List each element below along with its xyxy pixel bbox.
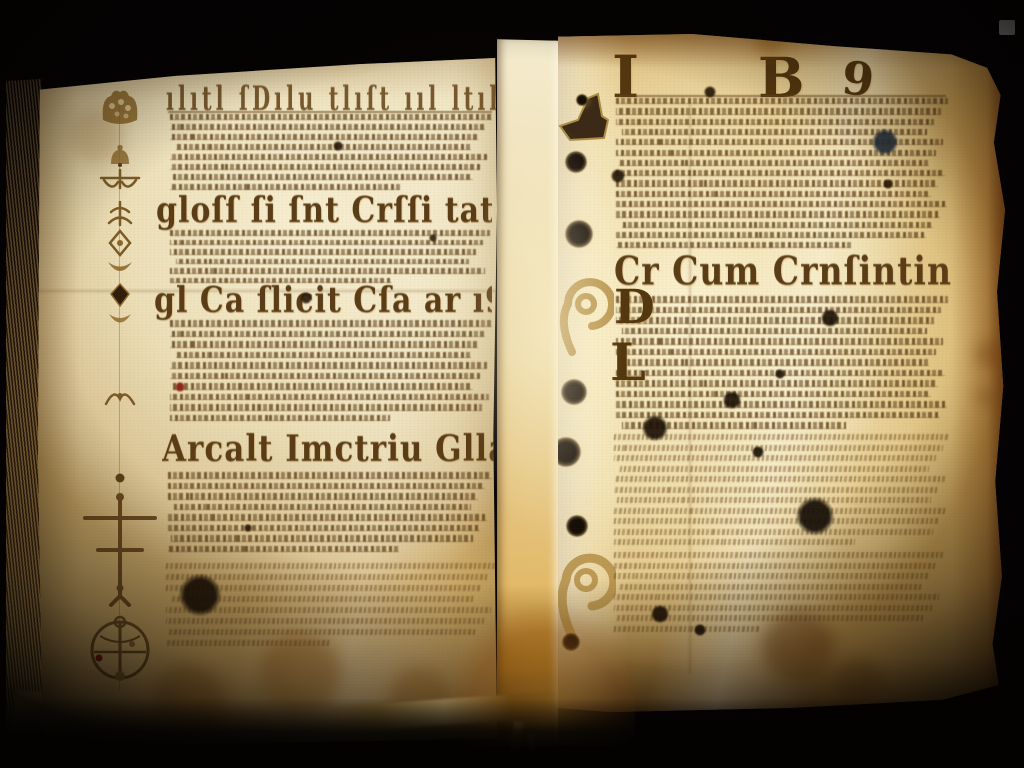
page-stack-fore-edge [6, 79, 42, 733]
manuscript-photo: ılıtl ſDılu tlıſt ııl ltıl gloſſ ſi ſnt … [0, 0, 1024, 768]
bottom-shadow [0, 698, 1024, 768]
left-page: ılıtl ſDılu tlıſt ııl ltıl gloſſ ſi ſnt … [38, 58, 497, 745]
corner-clip [999, 20, 1015, 35]
right-parchment-grain [558, 34, 1005, 712]
gutter-fold [497, 39, 558, 741]
left-parchment-grain [38, 58, 497, 745]
right-page: I B 9 Cr Cum Crnſintintint D L [558, 34, 1005, 712]
